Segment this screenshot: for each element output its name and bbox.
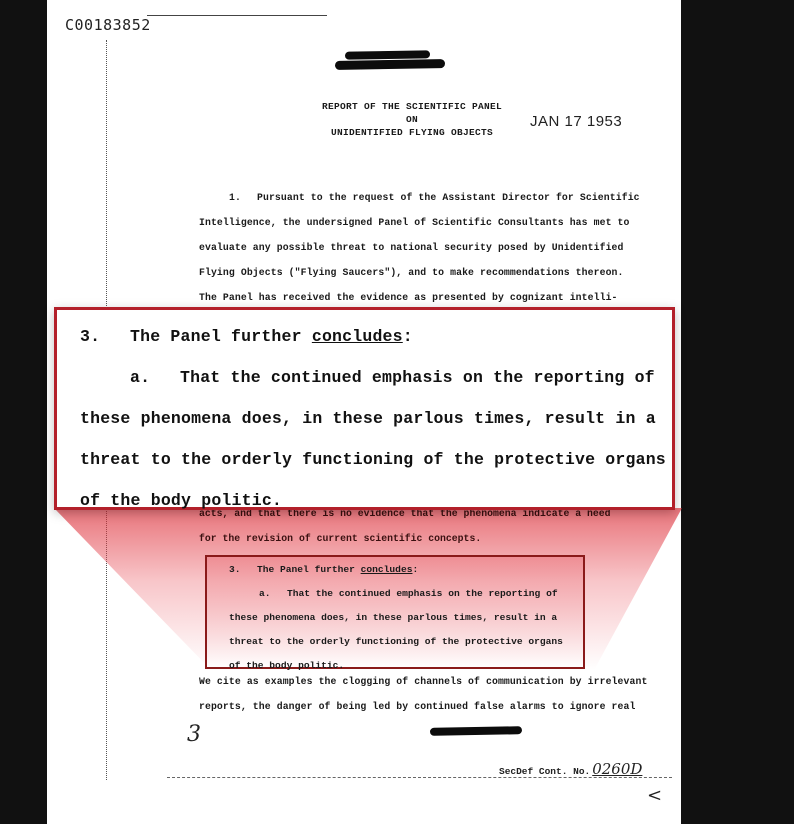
footer-reference: SecDef Cont. No.0260D (499, 760, 642, 778)
handwritten-control-number: 0260D (592, 760, 642, 778)
paragraph-line: Intelligence, the undersigned Panel of S… (199, 210, 659, 235)
report-title: REPORT OF THE SCIENTIFIC PANEL ON UNIDEN… (297, 100, 527, 139)
paragraph-line: threat to the orderly functioning of the… (229, 630, 563, 654)
heading-underlined: concludes (312, 327, 403, 346)
corner-mark: < (647, 785, 662, 806)
paragraph-1: 1.Pursuant to the request of the Assista… (199, 185, 659, 310)
date-stamp: JAN 17 1953 (530, 113, 622, 130)
line-text: That the continued emphasis on the repor… (180, 368, 655, 387)
title-line: ON (297, 113, 527, 126)
paragraph-number: 1. (229, 185, 257, 210)
heading-text: The Panel further (130, 327, 312, 346)
document-page: C00183852 REPORT OF THE SCIENTIFIC PANEL… (47, 0, 681, 824)
paragraph-line: 1.Pursuant to the request of the Assista… (199, 185, 659, 210)
magnified-callout: 3.The Panel further concludes: a.That th… (54, 307, 675, 510)
heading-suffix: : (403, 327, 413, 346)
paragraph-number: 3. (229, 558, 257, 582)
source-paragraph-3: 3.The Panel further concludes: a.That th… (229, 558, 563, 678)
paragraph-number: 3. (80, 316, 130, 357)
handwritten-page-mark: 3 (187, 722, 201, 747)
continuation-paragraph: We cite as examples the clogging of chan… (199, 669, 659, 719)
paragraph-line: We cite as examples the clogging of chan… (199, 669, 659, 694)
callout-paragraph-3: 3.The Panel further concludes: a.That th… (80, 316, 666, 521)
paragraph-line: for the revision of current scientific c… (199, 526, 659, 551)
title-line: REPORT OF THE SCIENTIFIC PANEL (297, 100, 527, 113)
paragraph-line: a.That the continued emphasis on the rep… (229, 582, 563, 606)
heading-underlined: concludes (361, 564, 413, 575)
paragraph-line: Flying Objects ("Flying Saucers"), and t… (199, 260, 659, 285)
line-text: Pursuant to the request of the Assistant… (257, 192, 640, 203)
bottom-rule (167, 777, 672, 778)
redaction-bar (345, 50, 430, 59)
paragraph-line: evaluate any possible threat to national… (199, 235, 659, 260)
paragraph-line: these phenomena does, in these parlous t… (229, 606, 563, 630)
sub-label: a. (130, 357, 180, 398)
redaction-bar (335, 59, 445, 70)
title-line: UNIDENTIFIED FLYING OBJECTS (297, 126, 527, 139)
sub-label: a. (259, 582, 287, 606)
callout-line: threat to the orderly functioning of the… (80, 439, 666, 480)
callout-heading: 3.The Panel further concludes: (80, 316, 666, 357)
paragraph-heading: 3.The Panel further concludes: (229, 558, 563, 582)
highlighted-source-box: 3.The Panel further concludes: a.That th… (205, 555, 585, 669)
top-rule (147, 15, 327, 16)
document-id: C00183852 (65, 16, 151, 34)
heading-suffix: : (412, 564, 418, 575)
callout-line: these phenomena does, in these parlous t… (80, 398, 666, 439)
redaction-bar (430, 726, 522, 736)
callout-line: of the body politic. (80, 480, 666, 521)
callout-line: a.That the continued emphasis on the rep… (80, 357, 666, 398)
footer-label: SecDef Cont. No. (499, 766, 590, 777)
line-text: That the continued emphasis on the repor… (287, 588, 558, 599)
paragraph-line: reports, the danger of being led by cont… (199, 694, 659, 719)
heading-text: The Panel further (257, 564, 361, 575)
